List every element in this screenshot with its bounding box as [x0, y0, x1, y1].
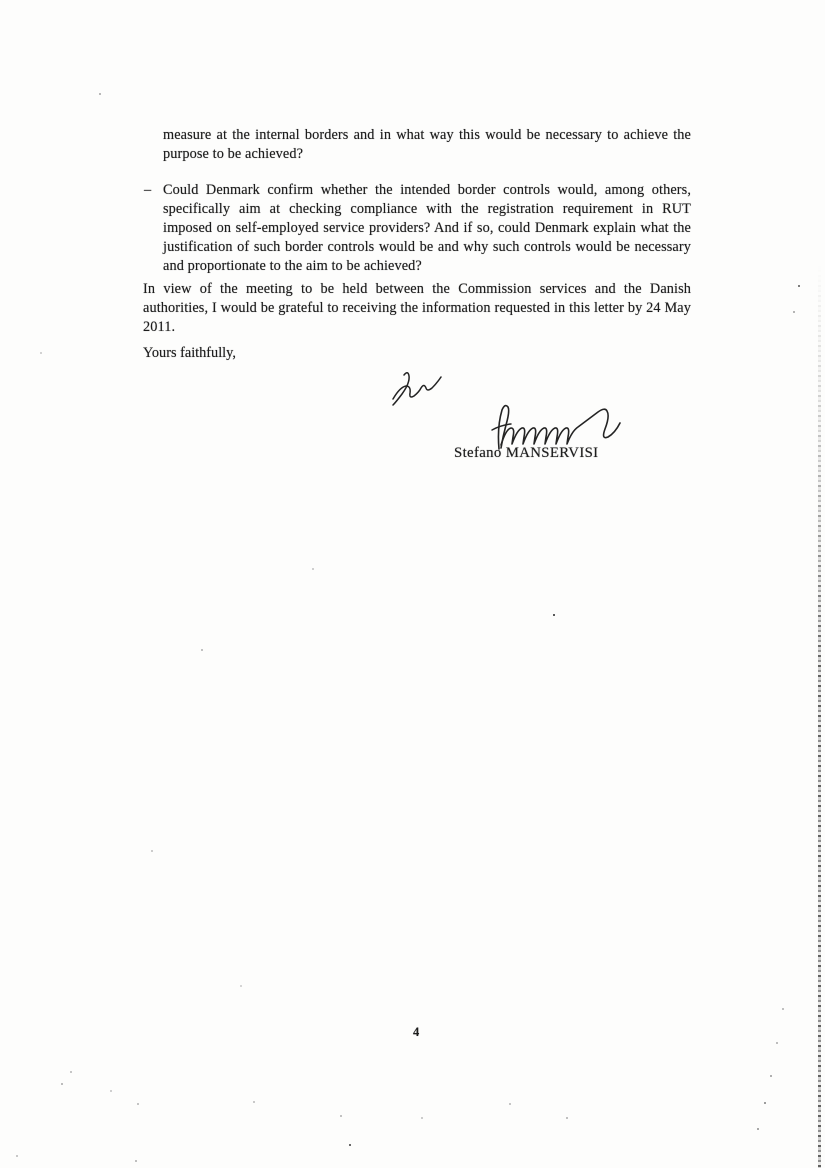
bullet-question-text: Could Denmark confirm whether the intend… [163, 181, 691, 276]
closing-paragraph: In view of the meeting to be held betwee… [143, 280, 691, 337]
scan-edge-artifact [818, 265, 821, 1168]
scan-noise-specks [0, 0, 2, 2]
valediction: Yours faithfully, [143, 344, 236, 363]
paragraph-continuation: measure at the internal borders and in w… [163, 126, 691, 164]
signer-name: Stefano MANSERVISI [454, 445, 598, 462]
signature-paraph [390, 368, 446, 408]
scanned-letter-page: measure at the internal borders and in w… [0, 0, 825, 1168]
bullet-dash: – [144, 181, 151, 200]
page-number: 4 [413, 1025, 419, 1040]
